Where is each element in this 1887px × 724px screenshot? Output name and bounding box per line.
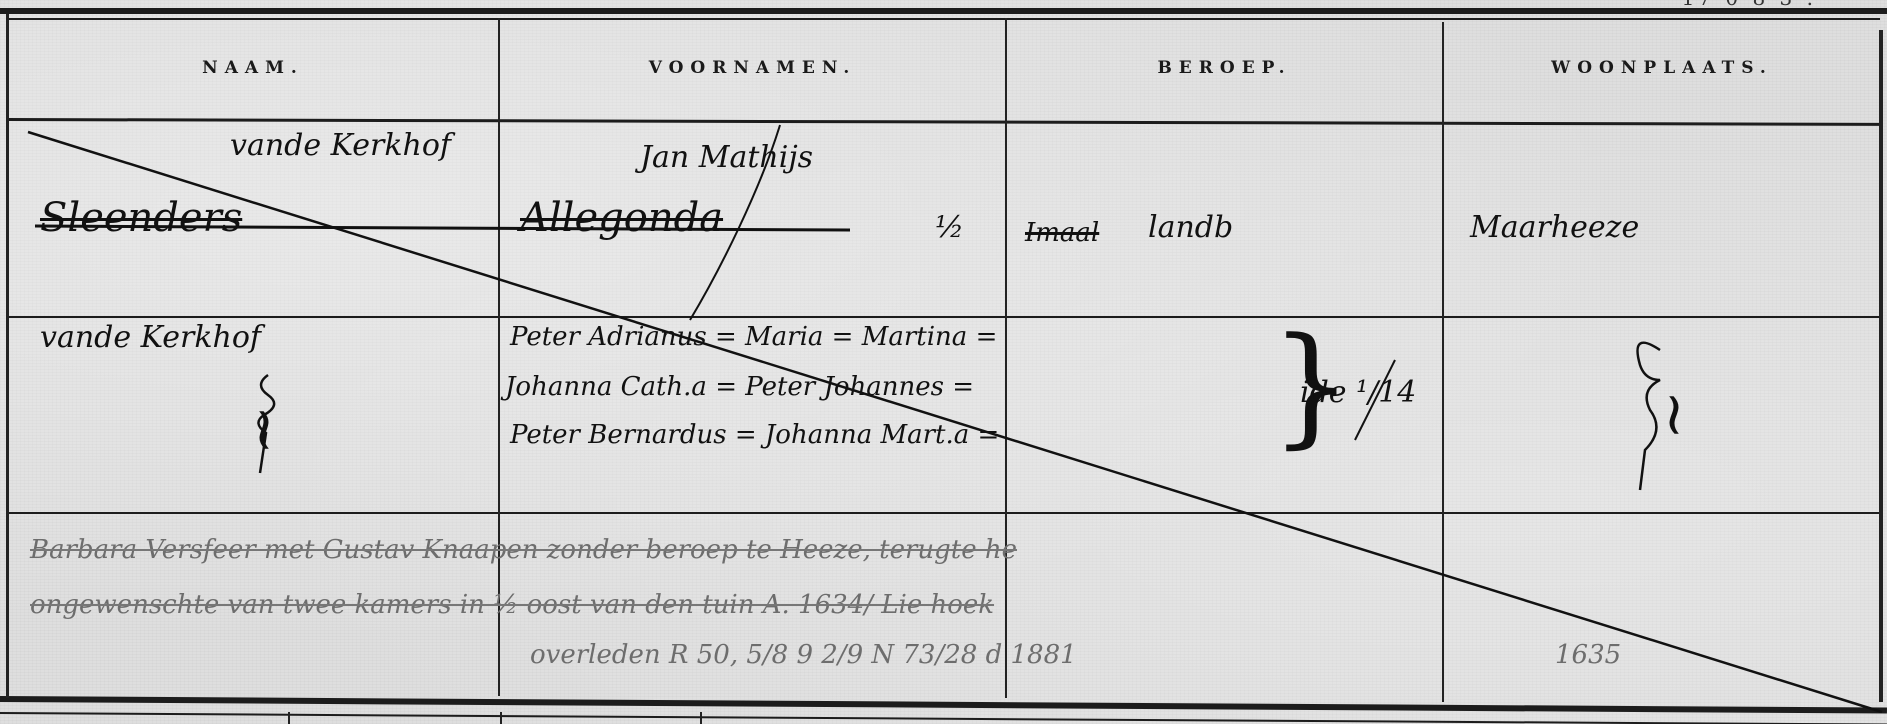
divider-beroep-woonplaats: [1442, 22, 1444, 702]
row1-fraction-mark: ½: [935, 210, 964, 245]
row1-naam-struck: Sleenders: [40, 195, 242, 241]
row2-children-note: ide ¹/14: [1300, 375, 1416, 410]
row1-woonplaats: Maarheeze: [1470, 210, 1639, 245]
bottom-inner-rule: [0, 712, 1887, 724]
row1-voornamen-struck: Allegonda: [520, 195, 723, 241]
row2-child-line-3: Peter Bernardus = Johanna Mart.a =: [510, 420, 999, 450]
left-border: [6, 14, 9, 698]
register-page: 17 0 8 3 . NAAM. VOORNAMEN. BEROEP. WOON…: [0, 0, 1887, 724]
row3-note-line-4: 1635: [1555, 640, 1621, 670]
top-inner-rule: [8, 18, 1880, 20]
header-beroep: BEROEP.: [1007, 58, 1442, 78]
bottom-stub-1: [288, 712, 290, 724]
row1-beroep-struck: Imaal: [1025, 218, 1099, 248]
top-border-rule: [0, 8, 1887, 14]
header-naam: NAAM.: [8, 58, 498, 78]
bottom-stub-3: [700, 712, 702, 724]
row2-child-line-1: Peter Adrianus = Maria = Martina =: [510, 322, 997, 352]
row1-voornamen-correction: Jan Mathijs: [640, 140, 813, 175]
row2-bottom-rule: [8, 512, 1880, 514]
row2-woonplaats-ditto-mark: ~: [1640, 390, 1710, 440]
row1-bottom-rule: [8, 316, 1880, 318]
row2-child-line-2: Johanna Cath.a = Peter Johannes =: [505, 372, 974, 402]
row1-naam-correction: vande Kerkhof: [230, 128, 451, 163]
right-border: [1879, 30, 1883, 702]
bottom-border-rule: [0, 696, 1887, 714]
header-voornamen: VOORNAMEN.: [500, 58, 1005, 78]
header-bottom-rule: [8, 118, 1880, 126]
row2-naam: vande Kerkhof: [40, 320, 261, 355]
header-woonplaats: WOONPLAATS.: [1444, 58, 1880, 78]
row3-note-line-3: overleden R 50, 5/8 9 2/9 N 73/28 d 1881: [530, 640, 1077, 670]
row2-naam-ditto-mark: ~: [230, 405, 300, 455]
divider-voornamen-beroep: [1005, 18, 1007, 698]
bottom-stub-2: [500, 712, 502, 724]
row3-note-line-2: ongewenschte van twee kamers in ½ oost v…: [30, 590, 994, 620]
row3-note-line-1: Barbara Versfeer met Gustav Knaapen zond…: [30, 535, 1017, 565]
row1-beroep: landb: [1148, 210, 1233, 245]
